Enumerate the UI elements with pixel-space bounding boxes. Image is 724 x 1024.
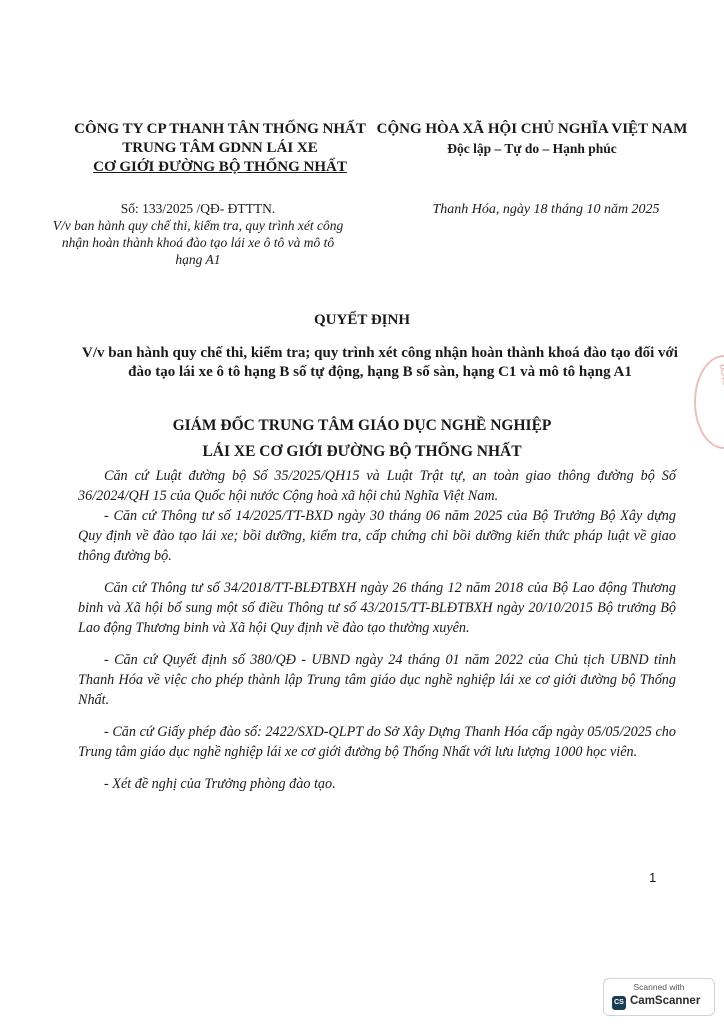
camscanner-watermark: Scanned with CS CamScanner bbox=[603, 978, 715, 1016]
issuer-line-1: GIÁM ĐỐC TRUNG TÂM GIÁO DỤC NGHỀ NGHIỆP bbox=[0, 413, 724, 439]
document-summary: V/v ban hành quy chế thi, kiểm tra, quy … bbox=[48, 217, 348, 268]
date-line: Thanh Hóa, ngày 18 tháng 10 năm 2025 bbox=[396, 202, 696, 218]
paragraph: Căn cứ Thông tư số 34/2018/TT-BLĐTBXH ng… bbox=[78, 578, 676, 638]
page-number: 1 bbox=[649, 870, 656, 885]
paragraph: - Căn cứ Thông tư số 14/2025/TT-BXD ngày… bbox=[78, 506, 676, 566]
paragraph: Căn cứ Luật đường bộ Số 35/2025/QH15 và … bbox=[78, 466, 676, 506]
document-number: Số: 133/2025 /QĐ- ĐTTTN. bbox=[48, 200, 348, 217]
camscanner-logo-icon: CS bbox=[612, 996, 626, 1010]
stamp-text: ĐÔNG - T... bbox=[718, 364, 724, 401]
paragraph: - Căn cứ Quyết định số 380/QĐ - UBND ngà… bbox=[78, 650, 676, 710]
document-title: QUYẾT ĐỊNH bbox=[0, 312, 724, 329]
watermark-caption: Scanned with bbox=[604, 982, 714, 992]
national-header: CỘNG HÒA XÃ HỘI CHỦ NGHĨA VIỆT NAM Độc l… bbox=[372, 120, 692, 158]
document-number-block: Số: 133/2025 /QĐ- ĐTTTN. V/v ban hành qu… bbox=[48, 200, 348, 268]
issuer-title: GIÁM ĐỐC TRUNG TÂM GIÁO DỤC NGHỀ NGHIỆP … bbox=[0, 413, 724, 465]
center-name-cont: CƠ GIỚI ĐƯỜNG BỘ THỐNG NHẤT bbox=[60, 158, 380, 177]
paragraph: - Căn cứ Giấy phép đào số: 2422/SXD-QLPT… bbox=[78, 722, 676, 762]
paragraph: - Xét đề nghị của Trưởng phòng đào tạo. bbox=[78, 774, 676, 794]
watermark-brand: CamScanner bbox=[630, 995, 700, 1007]
center-name: TRUNG TÂM GDNN LÁI XE bbox=[60, 139, 380, 158]
country-name: CỘNG HÒA XÃ HỘI CHỦ NGHĨA VIỆT NAM bbox=[372, 120, 692, 139]
legal-basis: Căn cứ Luật đường bộ Số 35/2025/QH15 và … bbox=[78, 466, 676, 794]
document-subject: V/v ban hành quy chế thi, kiểm tra; quy … bbox=[70, 344, 690, 382]
national-motto: Độc lập – Tự do – Hạnh phúc bbox=[372, 139, 692, 158]
organization-header: CÔNG TY CP THANH TÂN THỐNG NHẤT TRUNG TÂ… bbox=[60, 120, 380, 177]
document-page: CÔNG TY CP THANH TÂN THỐNG NHẤT TRUNG TÂ… bbox=[0, 0, 724, 1024]
issuer-line-2: LÁI XE CƠ GIỚI ĐƯỜNG BỘ THỐNG NHẤT bbox=[0, 439, 724, 465]
company-name: CÔNG TY CP THANH TÂN THỐNG NHẤT bbox=[60, 120, 380, 139]
